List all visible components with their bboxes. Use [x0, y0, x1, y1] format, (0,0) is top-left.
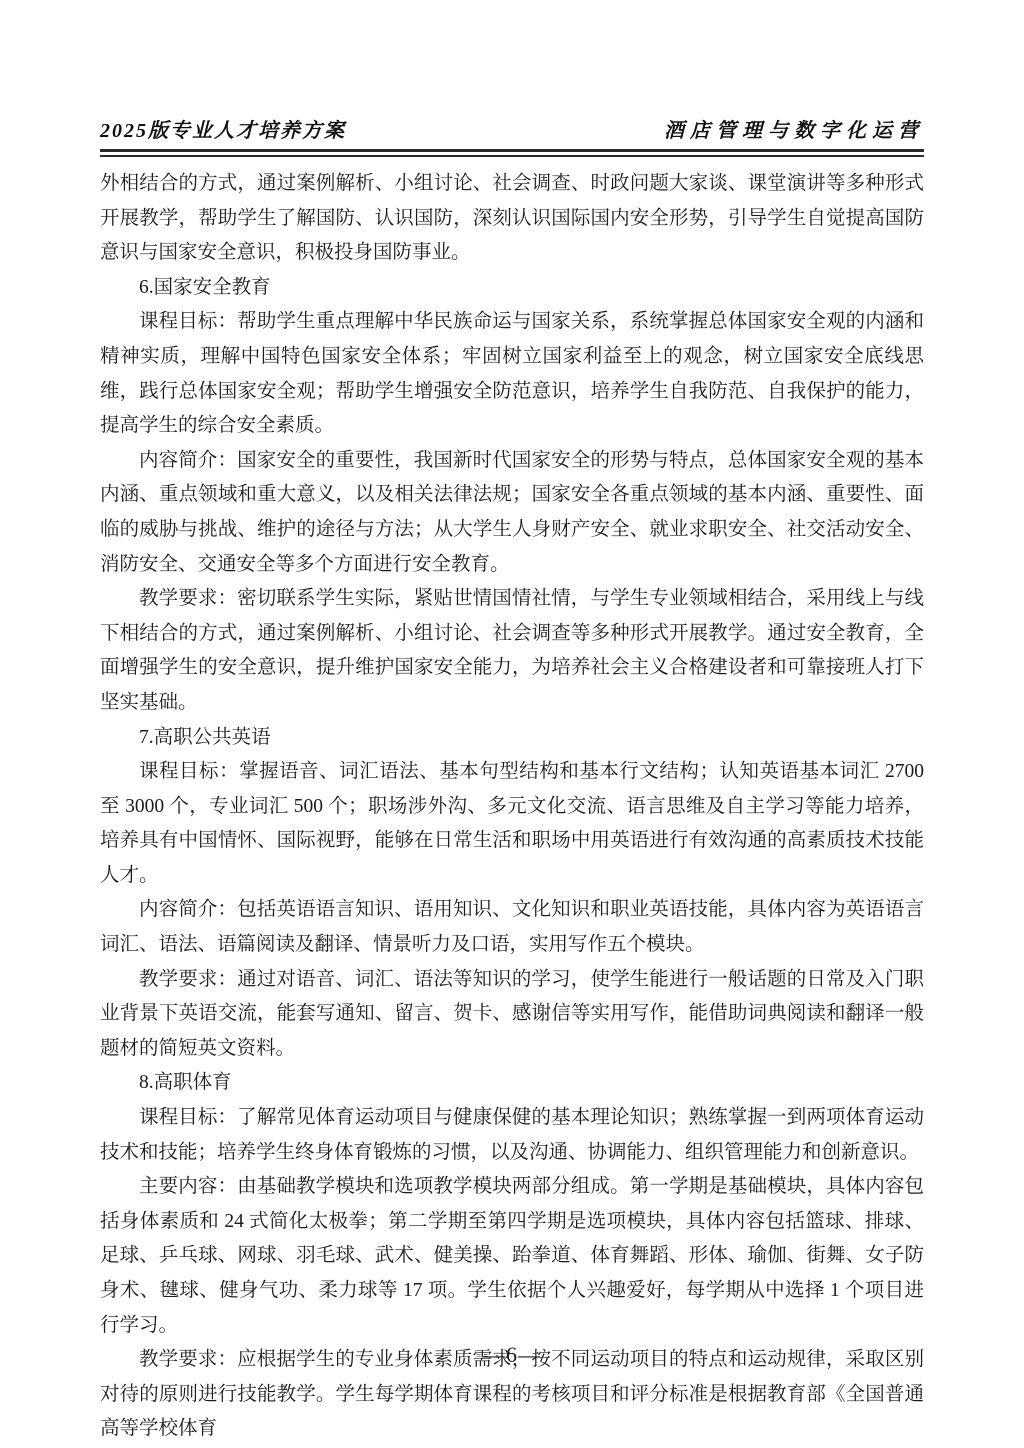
section-heading-national-security-education: 6.国家安全教育	[100, 271, 924, 306]
section-heading-vocational-public-english: 7.高职公共英语	[100, 721, 924, 756]
paragraph-national-defense-continuation: 外相结合的方式，通过案例解析、小组讨论、社会调查、时政问题大家谈、课堂演讲等多种…	[100, 167, 924, 271]
paragraph-national-security-teaching-requirements: 教学要求：密切联系学生实际，紧贴世情国情社情，与学生专业领域相结合，采用线上与线…	[100, 582, 924, 720]
section-heading-vocational-physical-education: 8.高职体育	[100, 1066, 924, 1101]
page-footer: —6—	[0, 1342, 1024, 1368]
page-header: 2025版专业人才培养方案 酒店管理与数字化运营	[100, 114, 924, 143]
header-right-title: 酒店管理与数字化运营	[664, 114, 924, 143]
header-left-title: 2025版专业人才培养方案	[100, 114, 346, 143]
document-body: 外相结合的方式，通过案例解析、小组讨论、社会调查、时政问题大家谈、课堂演讲等多种…	[100, 167, 924, 1447]
paragraph-english-content-intro: 内容简介：包括英语语言知识、语用知识、文化知识和职业英语技能，具体内容为英语语言…	[100, 893, 924, 962]
paragraph-pe-main-content: 主要内容：由基础教学模块和选项教学模块两部分组成。第一学期是基础模块，具体内容包…	[100, 1170, 924, 1343]
paragraph-pe-course-objectives: 课程目标：了解常见体育运动项目与健康保健的基本理论知识；熟练掌握一到两项体育运动…	[100, 1101, 924, 1170]
paragraph-english-teaching-requirements: 教学要求：通过对语音、词汇、语法等知识的学习，使学生能进行一般话题的日常及入门职…	[100, 963, 924, 1067]
page-number: —6—	[483, 1342, 541, 1367]
paragraph-english-course-objectives: 课程目标：掌握语音、词汇语法、基本句型结构和基本行文结构；认知英语基本词汇 27…	[100, 755, 924, 893]
document-page: 2025版专业人才培养方案 酒店管理与数字化运营 外相结合的方式，通过案例解析、…	[0, 0, 1024, 1448]
header-double-rule	[100, 149, 924, 157]
paragraph-national-security-content-intro: 内容简介：国家安全的重要性，我国新时代国家安全的形势与特点，总体国家安全观的基本…	[100, 444, 924, 582]
paragraph-national-security-course-objectives: 课程目标：帮助学生重点理解中华民族命运与国家关系，系统掌握总体国家安全观的内涵和…	[100, 305, 924, 443]
